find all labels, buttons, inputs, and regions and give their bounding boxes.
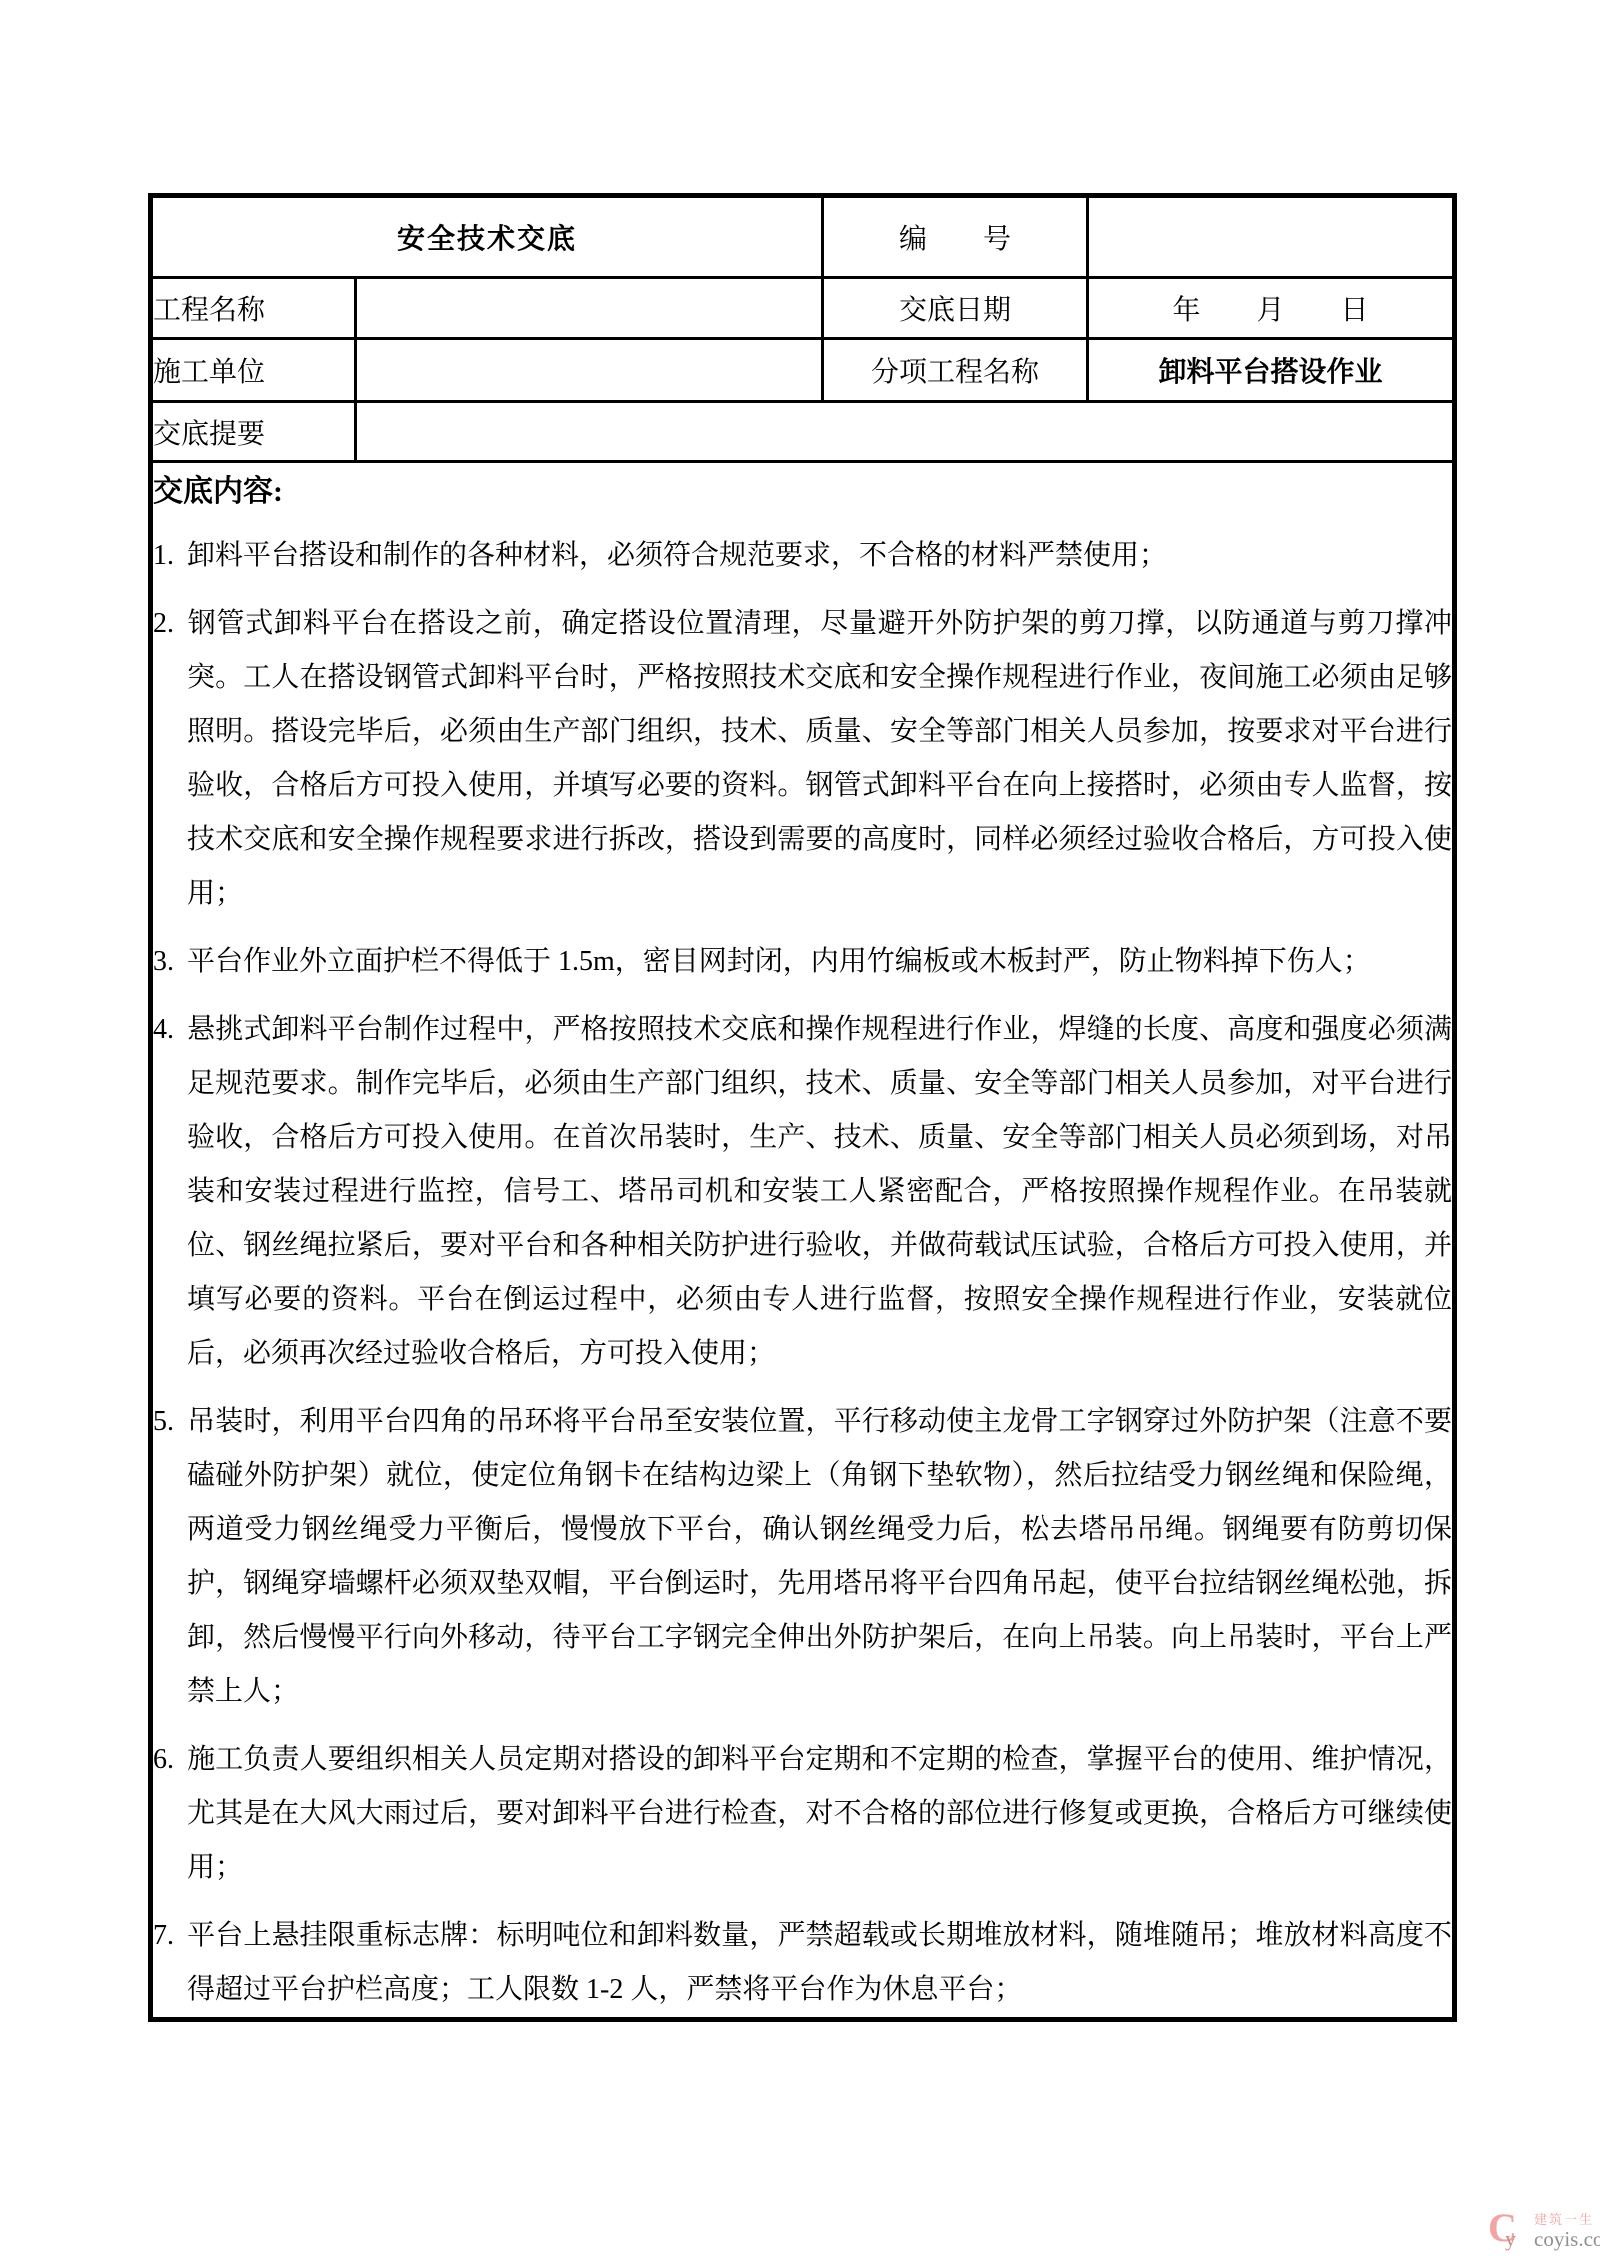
content-item-1: 1.卸料平台搭设和制作的各种材料，必须符合规范要求，不合格的材料严禁使用；: [153, 529, 1452, 583]
coyis-logo-icon: C y: [1488, 2208, 1530, 2254]
number-label: 编 号: [823, 196, 1088, 278]
construction-unit-label: 施工单位: [151, 339, 356, 402]
subproject-name-label: 分项工程名称: [823, 339, 1088, 402]
watermark: C y 建筑一生 coyis.com: [1488, 2208, 1600, 2254]
item-number: 4.: [153, 1003, 187, 1057]
subproject-name-value: 卸料平台搭设作业: [1088, 339, 1455, 402]
project-name-value: [356, 278, 823, 339]
item-number: 5.: [153, 1395, 187, 1449]
content-item-5: 5.吊装时，利用平台四角的吊环将平台吊至安装位置，平行移动使主龙骨工字钢穿过外防…: [153, 1395, 1452, 1719]
item-text: 施工负责人要组织相关人员定期对搭设的卸料平台定期和不定期的检查，掌握平台的使用、…: [187, 1744, 1452, 1883]
content-heading: 交底内容:: [153, 465, 1452, 519]
item-text: 悬挑式卸料平台制作过程中，严格按照技术交底和操作规程进行作业，焊缝的长度、高度和…: [187, 1014, 1452, 1369]
watermark-domain: coyis.com: [1534, 2227, 1600, 2251]
item-text: 平台上悬挂限重标志牌：标明吨位和卸料数量，严禁超载或长期堆放材料，随堆随吊；堆放…: [187, 1920, 1452, 2005]
item-text: 平台作业外立面护栏不得低于 1.5m，密目网封闭，内用竹编板或木板封严，防止物料…: [187, 946, 1371, 977]
disclosure-date-label: 交底日期: [823, 278, 1088, 339]
summary-label: 交底提要: [151, 402, 356, 462]
item-number: 6.: [153, 1733, 187, 1787]
summary-value: [356, 402, 1455, 462]
project-name-label: 工程名称: [151, 278, 356, 339]
disclosure-content-cell: 交底内容: 1.卸料平台搭设和制作的各种材料，必须符合规范要求，不合格的材料严禁…: [151, 462, 1455, 2020]
item-number: 7.: [153, 1909, 187, 1963]
watermark-text: 建筑一生 coyis.com: [1534, 2212, 1600, 2251]
logo-letter-y: y: [1505, 2228, 1516, 2250]
content-item-4: 4.悬挑式卸料平台制作过程中，严格按照技术交底和操作规程进行作业，焊缝的长度、高…: [153, 1003, 1452, 1381]
item-number: 3.: [153, 935, 187, 989]
safety-disclosure-form: 安全技术交底 编 号 工程名称 交底日期 年 月 日 施工单位 分项工程名称 卸…: [148, 193, 1457, 2022]
disclosure-date-value: 年 月 日: [1088, 278, 1455, 339]
item-text: 吊装时，利用平台四角的吊环将平台吊至安装位置，平行移动使主龙骨工字钢穿过外防护架…: [187, 1406, 1452, 1707]
content-item-7: 7.平台上悬挂限重标志牌：标明吨位和卸料数量，严禁超载或长期堆放材料，随堆随吊；…: [153, 1909, 1452, 2017]
content-item-3: 3.平台作业外立面护栏不得低于 1.5m，密目网封闭，内用竹编板或木板封严，防止…: [153, 935, 1452, 989]
content-item-6: 6.施工负责人要组织相关人员定期对搭设的卸料平台定期和不定期的检查，掌握平台的使…: [153, 1733, 1452, 1895]
number-value: [1088, 196, 1455, 278]
construction-unit-value: [356, 339, 823, 402]
watermark-brand: 建筑一生: [1534, 2212, 1600, 2227]
content-item-2: 2.钢管式卸料平台在搭设之前，确定搭设位置清理，尽量避开外防护架的剪刀撑，以防通…: [153, 597, 1452, 921]
item-number: 1.: [153, 529, 187, 583]
item-text: 钢管式卸料平台在搭设之前，确定搭设位置清理，尽量避开外防护架的剪刀撑，以防通道与…: [187, 608, 1452, 909]
form-title: 安全技术交底: [151, 196, 823, 278]
item-number: 2.: [153, 597, 187, 651]
item-text: 卸料平台搭设和制作的各种材料，必须符合规范要求，不合格的材料严禁使用；: [187, 540, 1167, 571]
